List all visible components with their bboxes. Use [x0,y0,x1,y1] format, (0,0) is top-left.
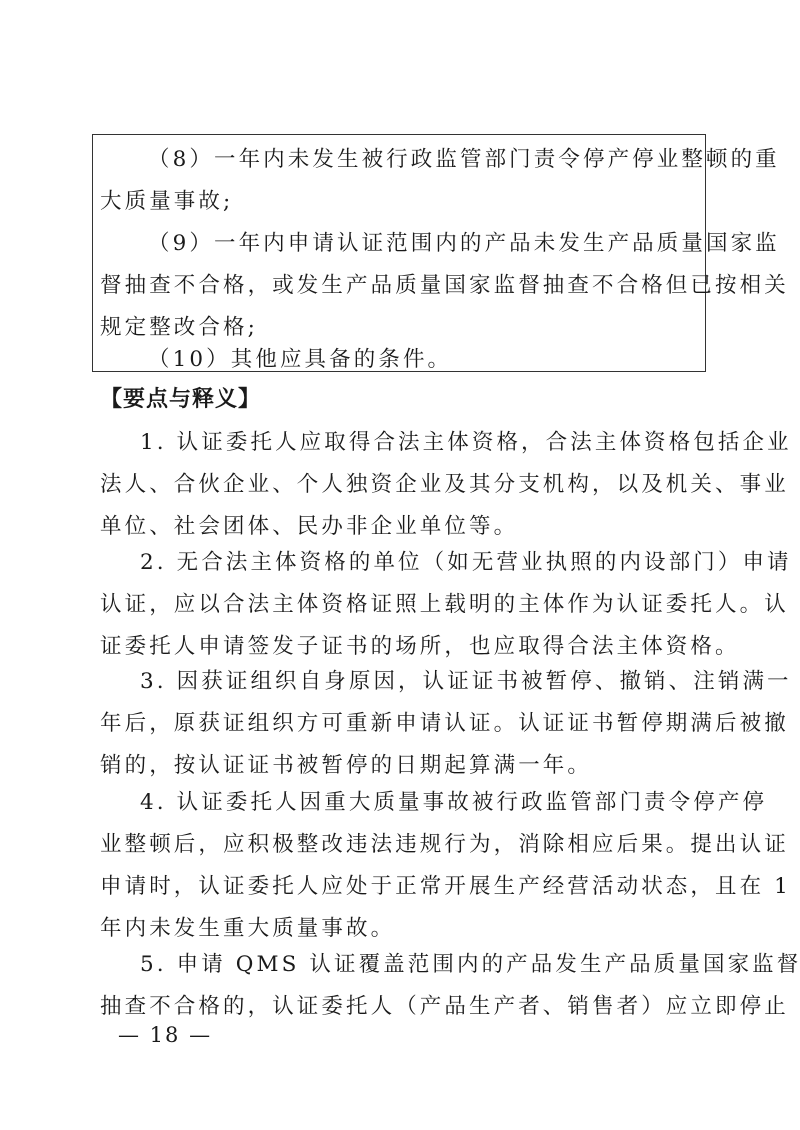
point-1-line-3: 单位、社会团体、民办非企业单位等。 [100,512,800,542]
document-page: （8）一年内未发生被行政监管部门责令停产停业整顿的重 大质量事故; （9）一年内… [0,0,800,1130]
article-item-10-line-1: （10）其他应具备的条件。 [148,345,800,375]
point-4-line-4: 年内未发生重大质量事故。 [100,914,800,944]
point-2-line-1: 2. 无合法主体资格的单位（如无营业执照的内设部门）申请 [140,548,800,578]
page-number: — 18 — [118,1020,212,1050]
point-5-line-2: 抽查不合格的，认证委托人（产品生产者、销售者）应立即停止 [100,992,800,1022]
point-3-line-1: 3. 因获证组织自身原因，认证证书被暂停、撤销、注销满一 [140,667,800,697]
point-5-line-1: 5. 申请 QMS 认证覆盖范围内的产品发生产品质量国家监督 [140,950,800,980]
article-item-8-line-2: 大质量事故; [100,187,800,217]
point-3-line-3: 销的，按认证证书被暂停的日期起算满一年。 [100,751,800,781]
section-heading: 【要点与释义】 [100,385,261,415]
point-4-line-2: 业整顿后，应积极整改违法违规行为，消除相应后果。提出认证 [100,830,800,860]
article-item-9-line-2: 督抽查不合格，或发生产品质量国家监督抽查不合格但已按相关 [100,271,800,301]
point-2-line-3: 证委托人申请签发子证书的场所，也应取得合法主体资格。 [100,632,800,662]
article-item-9-line-1: （9）一年内申请认证范围内的产品未发生产品质量国家监 [148,229,800,259]
point-4-line-3: 申请时，认证委托人应处于正常开展生产经营活动状态，且在 1 [100,872,800,902]
point-4-line-1: 4. 认证委托人因重大质量事故被行政监管部门责令停产停 [140,788,800,818]
point-3-line-2: 年后，原获证组织方可重新申请认证。认证证书暂停期满后被撤 [100,709,800,739]
point-1-line-1: 1. 认证委托人应取得合法主体资格，合法主体资格包括企业 [140,428,800,458]
point-1-line-2: 法人、合伙企业、个人独资企业及其分支机构，以及机关、事业 [100,470,800,500]
point-2-line-2: 认证，应以合法主体资格证照上载明的主体作为认证委托人。认 [100,590,800,620]
article-item-9-line-3: 规定整改合格; [100,313,800,343]
article-item-8-line-1: （8）一年内未发生被行政监管部门责令停产停业整顿的重 [148,145,800,175]
